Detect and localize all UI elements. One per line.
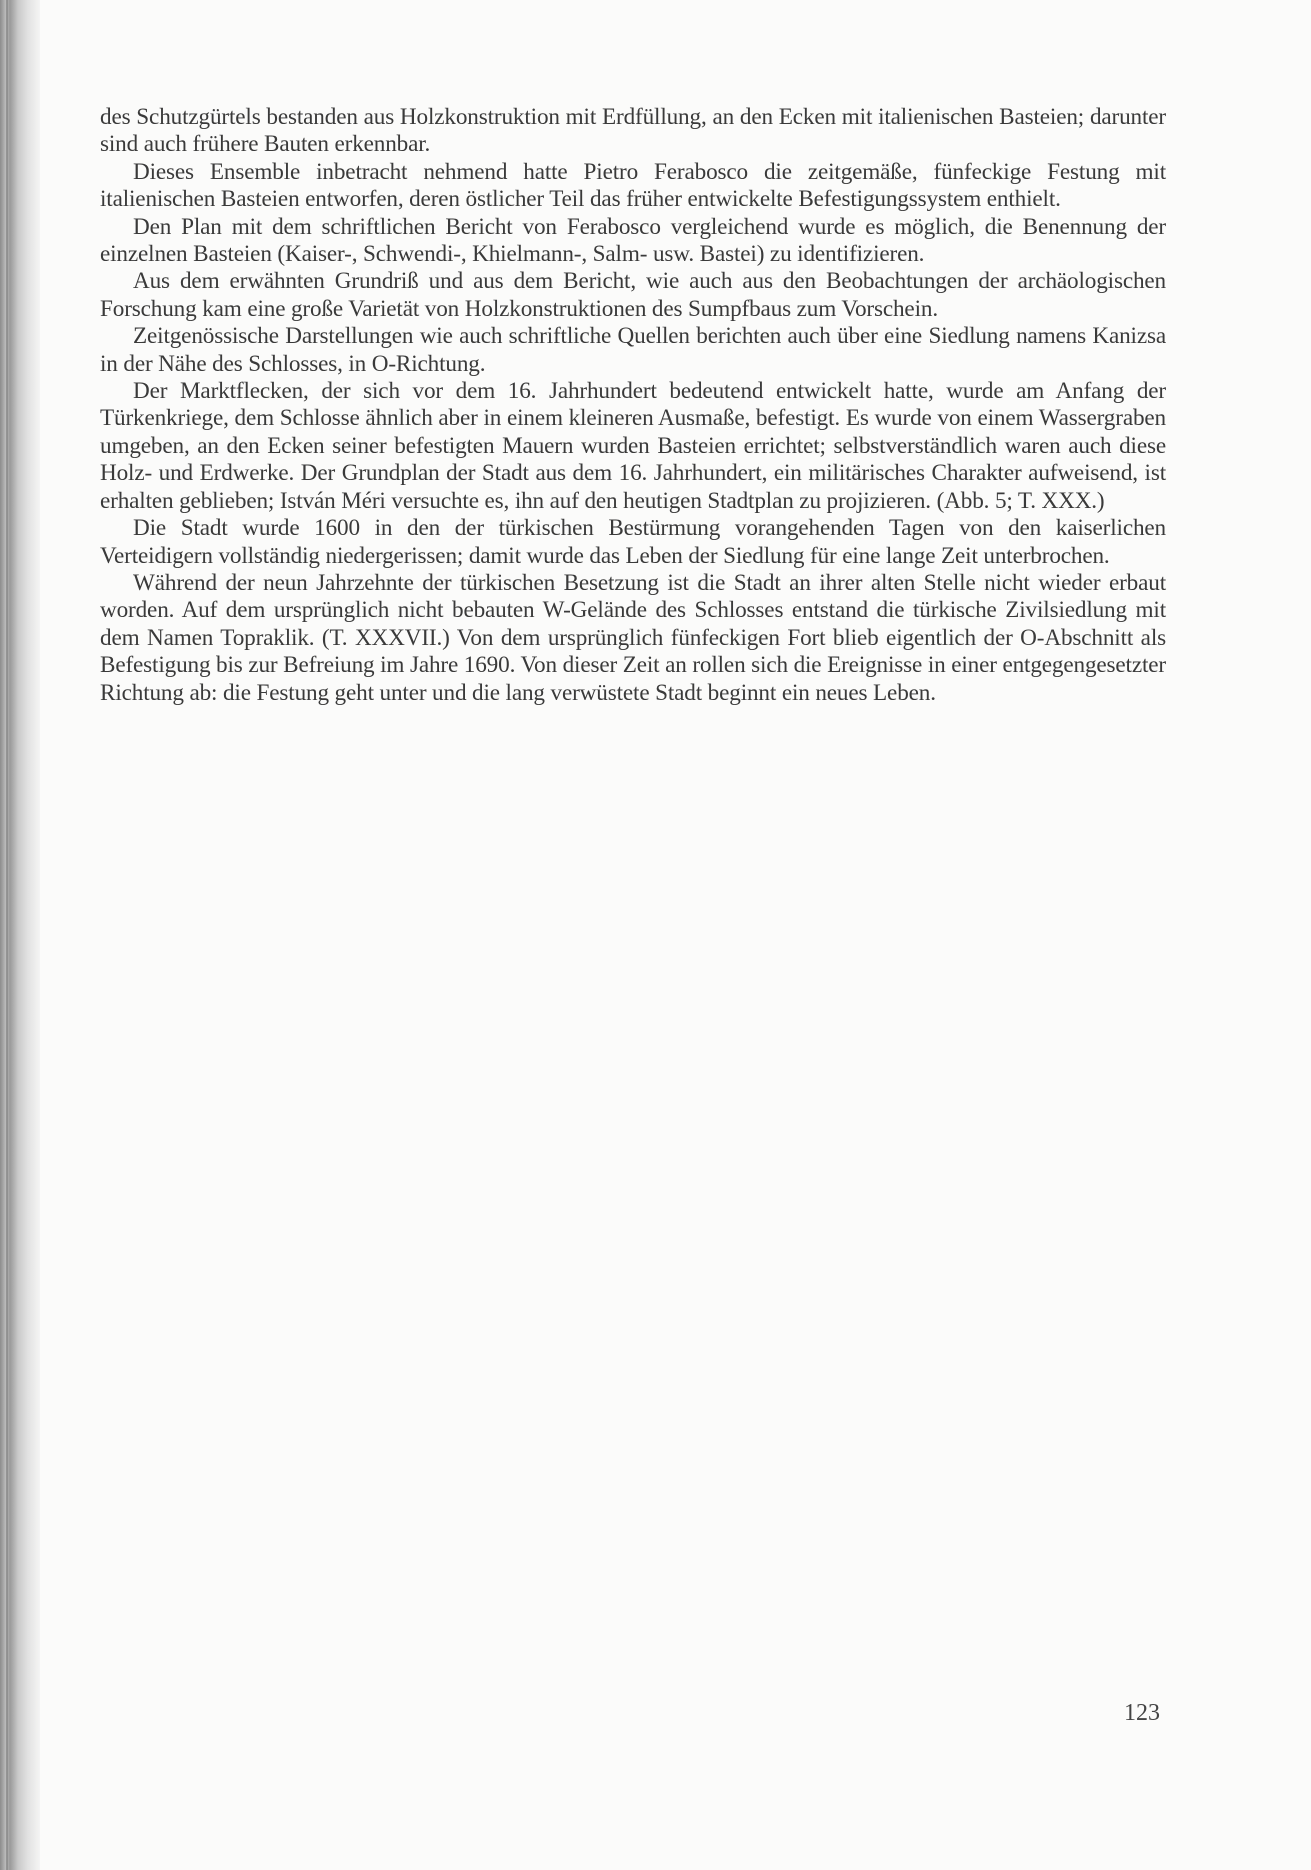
paragraph-2: Dieses Ensemble inbetracht nehmend hatte…	[100, 159, 1166, 214]
paragraph-5: Zeitgenössische Darstellungen wie auch s…	[100, 323, 1166, 378]
paragraph-3: Den Plan mit dem schriftlichen Bericht v…	[100, 214, 1166, 269]
page-number: 123	[1124, 1700, 1160, 1727]
book-binding-shadow	[0, 0, 40, 1870]
body-text: des Schutzgürtels bestanden aus Holzkons…	[100, 104, 1166, 707]
paragraph-1: des Schutzgürtels bestanden aus Holzkons…	[100, 104, 1166, 159]
paragraph-6: Der Marktflecken, der sich vor dem 16. J…	[100, 378, 1166, 515]
binding-edge-line	[6, 0, 8, 1870]
paragraph-4: Aus dem erwähnten Grundriß und aus dem B…	[100, 268, 1166, 323]
paragraph-8: Während der neun Jahrzehnte der türkisch…	[100, 570, 1166, 707]
paragraph-7: Die Stadt wurde 1600 in den der türkisch…	[100, 515, 1166, 570]
